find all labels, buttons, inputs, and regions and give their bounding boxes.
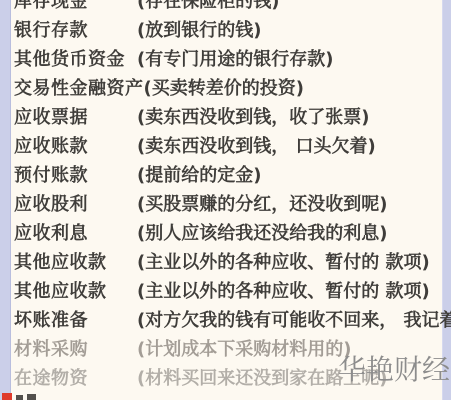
account-explanation: (存在保险柜的钱) <box>137 0 279 16</box>
account-explanation: (计划成本下采购材料用的) <box>137 335 351 364</box>
account-explanation: (买股票赚的分红，还没收到呢) <box>137 190 387 219</box>
account-term: 其他应收款 <box>14 248 137 277</box>
left-border-strip <box>0 0 11 400</box>
account-term: 库存现金 <box>14 0 137 16</box>
account-explanation: (有专门用途的银行存款) <box>137 45 333 74</box>
account-explanation: (别人应该给我还没给我的利息) <box>137 219 387 248</box>
account-row: 应收票据 (卖东西没收到钱，收了张票) <box>14 103 441 132</box>
account-list: 库存现金 (存在保险柜的钱) 银行存款 (放到银行的钱) 其他货币资金 (有专门… <box>14 0 441 393</box>
account-explanation: (主业以外的各种应收、暂付的 款项) <box>137 277 430 306</box>
account-explanation: (卖东西没收到钱，收了张票) <box>137 103 369 132</box>
account-row: 坏账准备 (对方欠我的钱有可能收不回来， 我记着) <box>14 306 441 335</box>
cut-off-text-fragment <box>27 394 36 400</box>
account-term: 银行存款 <box>14 16 137 45</box>
account-row: 其他货币资金 (有专门用途的银行存款) <box>14 45 441 74</box>
account-term: 应收账款 <box>14 132 137 161</box>
account-row: 交易性金融资产 (买卖转差价的投资) <box>14 74 441 103</box>
cut-off-text-fragment <box>16 395 23 400</box>
account-term: 应收票据 <box>14 103 137 132</box>
account-row: 预付账款 (提前给的定金) <box>14 161 441 190</box>
account-term: 其他应收款 <box>14 277 137 306</box>
account-row: 库存现金 (存在保险柜的钱) <box>14 0 441 16</box>
account-term: 坏账准备 <box>14 306 137 335</box>
account-explanation: (主业以外的各种应收、暂付的 款项) <box>137 248 430 277</box>
account-term: 应收股利 <box>14 190 137 219</box>
account-row: 其他应收款 (主业以外的各种应收、暂付的 款项) <box>14 248 441 277</box>
account-row: 应收利息 (别人应该给我还没给我的利息) <box>14 219 441 248</box>
account-term: 预付账款 <box>14 161 137 190</box>
account-row: 银行存款 (放到银行的钱) <box>14 16 441 45</box>
account-term: 应收利息 <box>14 219 137 248</box>
account-row: 应收账款 (卖东西没收到钱， 口头欠着) <box>14 132 441 161</box>
account-explanation: (对方欠我的钱有可能收不回来， 我记着) <box>137 306 451 335</box>
account-term: 材料采购 <box>14 335 137 364</box>
account-term: 交易性金融资产 <box>14 74 144 103</box>
watermark: 华艳财经 <box>338 348 450 388</box>
account-row: 应收股利 (买股票赚的分红，还没收到呢) <box>14 190 441 219</box>
account-row: 其他应收款 (主业以外的各种应收、暂付的 款项) <box>14 277 441 306</box>
account-term: 其他货币资金 <box>14 45 137 74</box>
account-term: 在途物资 <box>14 364 137 393</box>
account-explanation: (卖东西没收到钱， 口头欠着) <box>137 132 376 161</box>
right-border-strip <box>442 0 451 400</box>
red-marker <box>2 393 12 400</box>
account-explanation: (放到银行的钱) <box>137 16 261 45</box>
account-explanation: (提前给的定金) <box>137 161 261 190</box>
account-explanation: (买卖转差价的投资) <box>144 74 304 103</box>
